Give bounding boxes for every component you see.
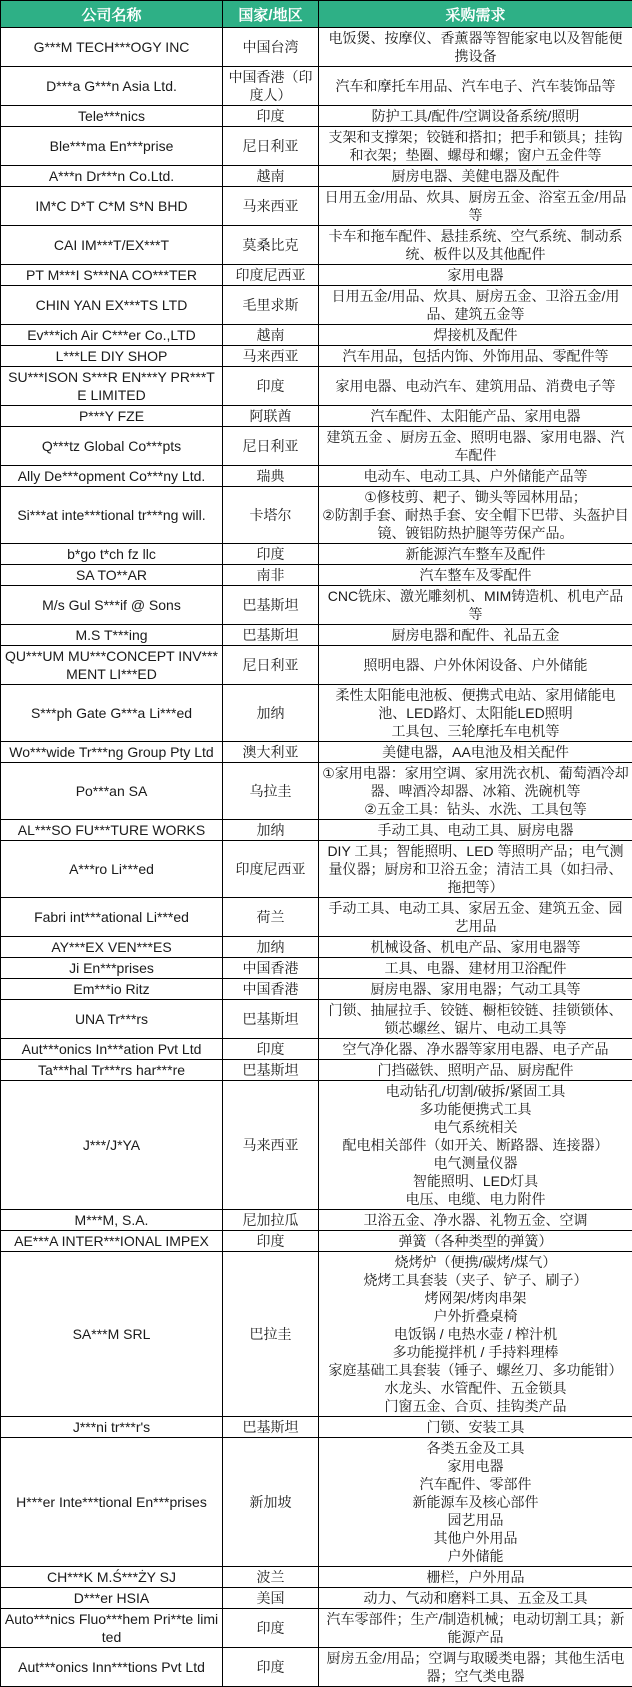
demand-cell: 建筑五金 、厨房五金、照明电器、家用电器、汽车配件 [319, 427, 632, 466]
company-cell: SA***M SRL [1, 1252, 223, 1417]
header-procurement-demand: 采购需求 [319, 1, 632, 28]
company-cell: Aut***onics In***ation Pvt Ltd [1, 1039, 223, 1060]
region-cell: 尼日利亚 [223, 646, 319, 685]
region-cell: 印度 [223, 1609, 319, 1648]
company-cell: Auto***nics Fluo***hem Pri**te limited [1, 1609, 223, 1648]
table-row: J***/J*YA马来西亚电动钻孔/切割/破拆/紧固工具 多功能便携式工具 电气… [1, 1081, 632, 1210]
region-cell: 印度尼西亚 [223, 841, 319, 898]
company-cell: Q***tz Global Co***pts [1, 427, 223, 466]
company-cell: AY***EX VEN***ES [1, 937, 223, 958]
company-cell: Po***an SA [1, 763, 223, 820]
region-cell: 加纳 [223, 685, 319, 742]
demand-cell: 栅栏，户外用品 [319, 1567, 632, 1588]
table-row: D***a G***n Asia Ltd.中国香港（印度人）汽车和摩托车用品、汽… [1, 67, 632, 106]
demand-cell: 支架和支撑架；铰链和搭扣；把手和锁具；挂钩和衣架；垫圈、螺母和螺；窗户五金件等 [319, 127, 632, 166]
company-cell: AE***A INTER***IONAL IMPEX [1, 1231, 223, 1252]
region-cell: 莫桑比克 [223, 226, 319, 265]
demand-cell: 各类五金及工具 家用电器 汽车配件、零部件 新能源车及核心部件 园艺用品 其他户… [319, 1438, 632, 1567]
region-cell: 印度 [223, 544, 319, 565]
region-cell: 卡塔尔 [223, 487, 319, 544]
region-cell: 巴基斯坦 [223, 1417, 319, 1438]
table-body: G***M TECH***OGY INC中国台湾电饭煲、按摩仪、香薰器等智能家电… [1, 28, 632, 1687]
company-cell: J***ni tr***r's [1, 1417, 223, 1438]
company-cell: SA TO**AR [1, 565, 223, 586]
demand-cell: 电动钻孔/切割/破拆/紧固工具 多功能便携式工具 电气系统相关 配电相关部件（如… [319, 1081, 632, 1210]
table-row: Po***an SA乌拉圭①家用电器：家用空调、家用洗衣机、葡萄酒冷却器、啤酒冷… [1, 763, 632, 820]
demand-cell: 厨房电器、家用电器；气动工具等 [319, 979, 632, 1000]
table-row: Em***io Ritz中国香港厨房电器、家用电器；气动工具等 [1, 979, 632, 1000]
demand-cell: 厨房五金/用品；空调与取暖类电器；其他生活电器；空气类电器 [319, 1648, 632, 1687]
demand-cell: 电饭煲、按摩仪、香薰器等智能家电以及智能便携设备 [319, 28, 632, 67]
demand-cell: 家用电器、电动汽车、建筑用品、消费电子等 [319, 367, 632, 406]
table-row: Fabri int***ational Li***ed荷兰手动工具、电动工具、家… [1, 898, 632, 937]
demand-cell: 汽车配件、太阳能产品、家用电器 [319, 406, 632, 427]
region-cell: 印度 [223, 1231, 319, 1252]
company-cell: b*go t*ch fz llc [1, 544, 223, 565]
buyers-table: 公司名称 国家/地区 采购需求 G***M TECH***OGY INC中国台湾… [0, 0, 632, 1687]
table-row: M.S T***ing巴基斯坦厨房电器和配件、礼品五金 [1, 625, 632, 646]
table-row: AE***A INTER***IONAL IMPEX印度弹簧（各种类型的弹簧） [1, 1231, 632, 1252]
company-cell: AL***SO FU***TURE WORKS [1, 820, 223, 841]
demand-cell: 工具、电器、建材用卫浴配件 [319, 958, 632, 979]
company-cell: H***er Inte***tional En***prises [1, 1438, 223, 1567]
region-cell: 印度 [223, 367, 319, 406]
region-cell: 印度 [223, 106, 319, 127]
table-row: SU***ISON S***R EN***Y PR***TE LIMITED印度… [1, 367, 632, 406]
company-cell: L***LE DIY SHOP [1, 346, 223, 367]
table-row: Ble***ma En***prise尼日利亚支架和支撑架；铰链和搭扣；把手和锁… [1, 127, 632, 166]
company-cell: Fabri int***ational Li***ed [1, 898, 223, 937]
demand-cell: 门锁、安装工具 [319, 1417, 632, 1438]
company-cell: CAI IM***T/EX***T [1, 226, 223, 265]
table-row: SA***M SRL巴拉圭烧烤炉（便携/碳烤/煤气） 烧烤工具套装（夹子、铲子、… [1, 1252, 632, 1417]
region-cell: 尼日利亚 [223, 427, 319, 466]
demand-cell: 厨房电器、美健电器及配件 [319, 166, 632, 187]
table-row: IM*C D*T C*M S*N BHD马来西亚日用五金/用品、炊具、厨房五金、… [1, 187, 632, 226]
demand-cell: 日用五金/用品、炊具、厨房五金、卫浴五金/用品、建筑五金等 [319, 286, 632, 325]
company-cell: IM*C D*T C*M S*N BHD [1, 187, 223, 226]
company-cell: M/s Gul S***if @ Sons [1, 586, 223, 625]
company-cell: D***er HSIA [1, 1588, 223, 1609]
region-cell: 印度 [223, 1648, 319, 1687]
region-cell: 荷兰 [223, 898, 319, 937]
table-row: S***ph Gate G***a Li***ed加纳柔性太阳能电池板、便携式电… [1, 685, 632, 742]
region-cell: 加纳 [223, 820, 319, 841]
table-row: A***n Dr***n Co.Ltd.越南厨房电器、美健电器及配件 [1, 166, 632, 187]
region-cell: 马来西亚 [223, 346, 319, 367]
region-cell: 巴拉圭 [223, 1252, 319, 1417]
demand-cell: 日用五金/用品、炊具、厨房五金、浴室五金/用品等 [319, 187, 632, 226]
region-cell: 中国香港 [223, 958, 319, 979]
demand-cell: 空气净化器、净水器等家用电器、电子产品 [319, 1039, 632, 1060]
demand-cell: 美健电器，AA电池及相关配件 [319, 742, 632, 763]
demand-cell: 防护工具/配件/空调设备系统/照明 [319, 106, 632, 127]
company-cell: Em***io Ritz [1, 979, 223, 1000]
region-cell: 尼日利亚 [223, 127, 319, 166]
table-row: AY***EX VEN***ES加纳机械设备、机电产品、家用电器等 [1, 937, 632, 958]
table-row: Wo***wide Tr***ng Group Pty Ltd澳大利亚美健电器，… [1, 742, 632, 763]
table-row: Ji En***prises中国香港工具、电器、建材用卫浴配件 [1, 958, 632, 979]
demand-cell: 电动车、电动工具、户外储能产品等 [319, 466, 632, 487]
demand-cell: 烧烤炉（便携/碳烤/煤气） 烧烤工具套装（夹子、铲子、刷子） 烤网架/烤肉串架 … [319, 1252, 632, 1417]
table-row: Aut***onics In***ation Pvt Ltd印度空气净化器、净水… [1, 1039, 632, 1060]
table-row: G***M TECH***OGY INC中国台湾电饭煲、按摩仪、香薰器等智能家电… [1, 28, 632, 67]
demand-cell: 手动工具、电动工具、家居五金、建筑五金、园艺用品 [319, 898, 632, 937]
table-row: A***ro Li***ed印度尼西亚DIY 工具；智能照明、LED 等照明产品… [1, 841, 632, 898]
header-row: 公司名称 国家/地区 采购需求 [1, 1, 632, 28]
header-company-name: 公司名称 [1, 1, 223, 28]
region-cell: 中国台湾 [223, 28, 319, 67]
region-cell: 马来西亚 [223, 187, 319, 226]
table-row: M***M, S.A.尼加拉瓜卫浴五金、净水器、礼物五金、空调 [1, 1210, 632, 1231]
demand-cell: 弹簧（各种类型的弹簧） [319, 1231, 632, 1252]
demand-cell: 卫浴五金、净水器、礼物五金、空调 [319, 1210, 632, 1231]
region-cell: 中国香港 [223, 979, 319, 1000]
region-cell: 澳大利亚 [223, 742, 319, 763]
table-row: AL***SO FU***TURE WORKS加纳手动工具、电动工具、厨房电器 [1, 820, 632, 841]
company-cell: PT M***I S***NA CO***TER [1, 265, 223, 286]
table-row: Tele***nics印度防护工具/配件/空调设备系统/照明 [1, 106, 632, 127]
table-row: L***LE DIY SHOP马来西亚汽车用品，包括内饰、外饰用品、零配件等 [1, 346, 632, 367]
demand-cell: 焊接机及配件 [319, 325, 632, 346]
company-cell: Aut***onics Inn***tions Pvt Ltd [1, 1648, 223, 1687]
region-cell: 巴基斯坦 [223, 1060, 319, 1081]
company-cell: CH***K M.Ś***ŻY SJ [1, 1567, 223, 1588]
table-row: M/s Gul S***if @ Sons巴基斯坦CNC铣床、激光雕刻机、MIM… [1, 586, 632, 625]
company-cell: S***ph Gate G***a Li***ed [1, 685, 223, 742]
region-cell: 印度 [223, 1039, 319, 1060]
region-cell: 中国香港（印度人） [223, 67, 319, 106]
demand-cell: 家用电器 [319, 265, 632, 286]
demand-cell: 汽车整车及零配件 [319, 565, 632, 586]
company-cell: Ble***ma En***prise [1, 127, 223, 166]
table-row: Si***at inte***tional tr***ng will.卡塔尔①修… [1, 487, 632, 544]
company-cell: Si***at inte***tional tr***ng will. [1, 487, 223, 544]
table-row: J***ni tr***r's巴基斯坦门锁、安装工具 [1, 1417, 632, 1438]
company-cell: CHIN YAN EX***TS LTD [1, 286, 223, 325]
table-row: Aut***onics Inn***tions Pvt Ltd印度厨房五金/用品… [1, 1648, 632, 1687]
demand-cell: 门锁、抽屉拉手、铰链、橱柜铰链、挂锁锁体、锁芯螺丝、锯片、电动工具等 [319, 1000, 632, 1039]
table-row: CH***K M.Ś***ŻY SJ波兰栅栏，户外用品 [1, 1567, 632, 1588]
table-row: P***Y FZE阿联酋汽车配件、太阳能产品、家用电器 [1, 406, 632, 427]
table-row: H***er Inte***tional En***prises新加坡各类五金及… [1, 1438, 632, 1567]
table-row: Ta***hal Tr***rs har***re巴基斯坦门挡磁铁、照明产品、厨… [1, 1060, 632, 1081]
region-cell: 阿联酋 [223, 406, 319, 427]
table-row: SA TO**AR南非汽车整车及零配件 [1, 565, 632, 586]
demand-cell: 机械设备、机电产品、家用电器等 [319, 937, 632, 958]
region-cell: 美国 [223, 1588, 319, 1609]
company-cell: M***M, S.A. [1, 1210, 223, 1231]
demand-cell: 柔性太阳能电池板、便携式电站、家用储能电池、LED路灯、太阳能LED照明 工具包… [319, 685, 632, 742]
table-row: CAI IM***T/EX***T莫桑比克卡车和拖车配件、悬挂系统、空气系统、制… [1, 226, 632, 265]
company-cell: Ji En***prises [1, 958, 223, 979]
company-cell: A***n Dr***n Co.Ltd. [1, 166, 223, 187]
region-cell: 马来西亚 [223, 1081, 319, 1210]
demand-cell: 照明电器、户外休闲设备、户外储能 [319, 646, 632, 685]
region-cell: 巴基斯坦 [223, 1000, 319, 1039]
table-row: PT M***I S***NA CO***TER印度尼西亚家用电器 [1, 265, 632, 286]
demand-cell: 汽车用品，包括内饰、外饰用品、零配件等 [319, 346, 632, 367]
company-cell: QU***UM MU***CONCEPT INV***MENT LI***ED [1, 646, 223, 685]
region-cell: 瑞典 [223, 466, 319, 487]
company-cell: P***Y FZE [1, 406, 223, 427]
region-cell: 巴基斯坦 [223, 586, 319, 625]
table-row: QU***UM MU***CONCEPT INV***MENT LI***ED尼… [1, 646, 632, 685]
demand-cell: 门挡磁铁、照明产品、厨房配件 [319, 1060, 632, 1081]
table-row: b*go t*ch fz llc印度新能源汽车整车及配件 [1, 544, 632, 565]
demand-cell: 卡车和拖车配件、悬挂系统、空气系统、制动系统、板件以及其他配件 [319, 226, 632, 265]
demand-cell: 手动工具、电动工具、厨房电器 [319, 820, 632, 841]
demand-cell: DIY 工具；智能照明、LED 等照明产品；电气测量仪器；厨房和卫浴五金；清洁工… [319, 841, 632, 898]
region-cell: 越南 [223, 325, 319, 346]
company-cell: UNA Tr***rs [1, 1000, 223, 1039]
company-cell: SU***ISON S***R EN***Y PR***TE LIMITED [1, 367, 223, 406]
header-country-region: 国家/地区 [223, 1, 319, 28]
table-row: CHIN YAN EX***TS LTD毛里求斯日用五金/用品、炊具、厨房五金、… [1, 286, 632, 325]
company-cell: Wo***wide Tr***ng Group Pty Ltd [1, 742, 223, 763]
demand-cell: 厨房电器和配件、礼品五金 [319, 625, 632, 646]
buyers-table-container: 公司名称 国家/地区 采购需求 G***M TECH***OGY INC中国台湾… [0, 0, 632, 1687]
company-cell: Ev***ich Air C***er Co.,LTD [1, 325, 223, 346]
region-cell: 巴基斯坦 [223, 625, 319, 646]
company-cell: D***a G***n Asia Ltd. [1, 67, 223, 106]
demand-cell: CNC铣床、激光雕刻机、MIM铸造机、机电产品等 [319, 586, 632, 625]
region-cell: 南非 [223, 565, 319, 586]
demand-cell: ①修枝剪、耙子、锄头等园林用品； ②防割手套、耐热手套、安全帽下巴带、头盔护目镜… [319, 487, 632, 544]
region-cell: 乌拉圭 [223, 763, 319, 820]
region-cell: 波兰 [223, 1567, 319, 1588]
table-row: Auto***nics Fluo***hem Pri**te limited印度… [1, 1609, 632, 1648]
company-cell: Ta***hal Tr***rs har***re [1, 1060, 223, 1081]
region-cell: 新加坡 [223, 1438, 319, 1567]
demand-cell: 新能源汽车整车及配件 [319, 544, 632, 565]
table-row: Ev***ich Air C***er Co.,LTD越南焊接机及配件 [1, 325, 632, 346]
demand-cell: ①家用电器：家用空调、家用洗衣机、葡萄酒冷却器、啤酒冷却器、冰箱、洗碗机等 ②五… [319, 763, 632, 820]
company-cell: A***ro Li***ed [1, 841, 223, 898]
company-cell: J***/J*YA [1, 1081, 223, 1210]
region-cell: 越南 [223, 166, 319, 187]
demand-cell: 汽车零部件；生产/制造机械；电动切割工具；新能源产品 [319, 1609, 632, 1648]
region-cell: 加纳 [223, 937, 319, 958]
table-row: D***er HSIA美国动力、气动和磨料工具、五金及工具 [1, 1588, 632, 1609]
table-header: 公司名称 国家/地区 采购需求 [1, 1, 632, 28]
company-cell: G***M TECH***OGY INC [1, 28, 223, 67]
company-cell: Tele***nics [1, 106, 223, 127]
company-cell: M.S T***ing [1, 625, 223, 646]
table-row: UNA Tr***rs巴基斯坦门锁、抽屉拉手、铰链、橱柜铰链、挂锁锁体、锁芯螺丝… [1, 1000, 632, 1039]
company-cell: Ally De***opment Co***ny Ltd. [1, 466, 223, 487]
table-row: Ally De***opment Co***ny Ltd.瑞典电动车、电动工具、… [1, 466, 632, 487]
region-cell: 尼加拉瓜 [223, 1210, 319, 1231]
demand-cell: 汽车和摩托车用品、汽车电子、汽车装饰品等 [319, 67, 632, 106]
table-row: Q***tz Global Co***pts尼日利亚建筑五金 、厨房五金、照明电… [1, 427, 632, 466]
demand-cell: 动力、气动和磨料工具、五金及工具 [319, 1588, 632, 1609]
region-cell: 毛里求斯 [223, 286, 319, 325]
region-cell: 印度尼西亚 [223, 265, 319, 286]
